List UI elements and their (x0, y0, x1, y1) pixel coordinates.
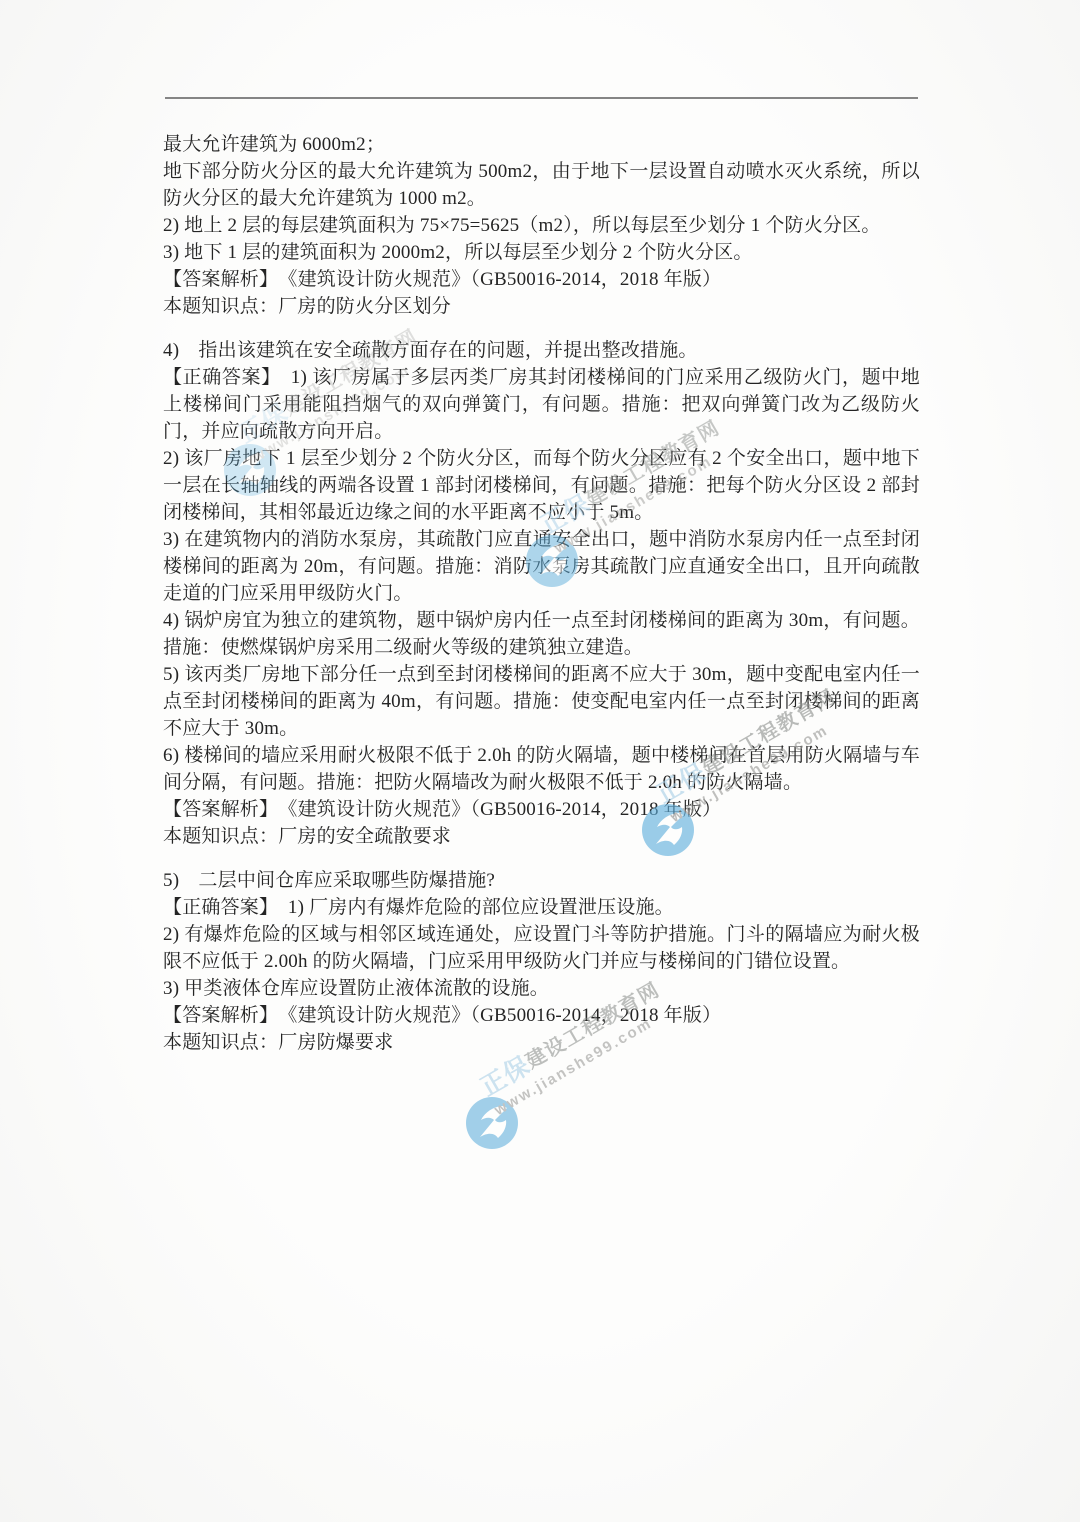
top-divider (165, 97, 918, 99)
answer-analysis-line: 【答案解析】 《建筑设计防火规范》（GB50016-2014，2018 年版） (163, 796, 920, 823)
watermark-brand: 正保 (476, 1051, 535, 1101)
doc-paragraph: 2) 有爆炸危险的区域与相邻区域连通处，应设置门斗等防护措施。门斗的隔墙应为耐火… (163, 921, 920, 975)
doc-paragraph: 3) 地下 1 层的建筑面积为 2000m2，所以每层至少划分 2 个防火分区。 (163, 239, 920, 266)
question-heading: 5) 二层中间仓库应采取哪些防爆措施? (163, 867, 920, 894)
doc-paragraph: 3) 在建筑物内的消防水泵房，其疏散门应直通安全出口，题中消防水泵房内任一点至封… (163, 526, 920, 607)
doc-paragraph: 地下部分防火分区的最大允许建筑为 500m2，由于地下一层设置自动喷水灭火系统，… (163, 158, 920, 212)
question-heading: 4) 指出该建筑在安全疏散方面存在的问题，并提出整改措施。 (163, 337, 920, 364)
zhengbao-logo-icon (466, 1097, 518, 1149)
answer-analysis-line: 【答案解析】 《建筑设计防火规范》（GB50016-2014，2018 年版） (163, 1002, 920, 1029)
doc-paragraph: 最大允许建筑为 6000m2； (163, 131, 920, 158)
doc-paragraph: 4) 锅炉房宜为独立的建筑物，题中锅炉房内任一点至封闭楼梯间的距离为 30m，有… (163, 607, 920, 661)
document-body: 最大允许建筑为 6000m2； 地下部分防火分区的最大允许建筑为 500m2，由… (163, 131, 920, 1056)
knowledge-point-line: 本题知识点：厂房的防火分区划分 (163, 293, 920, 320)
doc-paragraph: 5) 该丙类厂房地下部分任一点到至封闭楼梯间的距离不应大于 30m，题中变配电室… (163, 661, 920, 742)
knowledge-point-line: 本题知识点：厂房的安全疏散要求 (163, 823, 920, 850)
doc-paragraph: 6) 楼梯间的墙应采用耐火极限不低于 2.0h 的防火隔墙，题中楼梯间在首层用防… (163, 742, 920, 796)
doc-paragraph: 2) 地上 2 层的每层建筑面积为 75×75=5625（m2），所以每层至少划… (163, 212, 920, 239)
doc-paragraph: 【正确答案】 1) 该厂房属于多层丙类厂房其封闭楼梯间的门应采用乙级防火门，题中… (163, 364, 920, 445)
doc-paragraph: 3) 甲类液体仓库应设置防止液体流散的设施。 (163, 975, 920, 1002)
doc-paragraph: 2) 该厂房地下 1 层至少划分 2 个防火分区，而每个防火分区应有 2 个安全… (163, 445, 920, 526)
knowledge-point-line: 本题知识点：厂房防爆要求 (163, 1029, 920, 1056)
doc-paragraph: 【正确答案】 1) 厂房内有爆炸危险的部位应设置泄压设施。 (163, 894, 920, 921)
answer-analysis-line: 【答案解析】 《建筑设计防火规范》（GB50016-2014，2018 年版） (163, 266, 920, 293)
